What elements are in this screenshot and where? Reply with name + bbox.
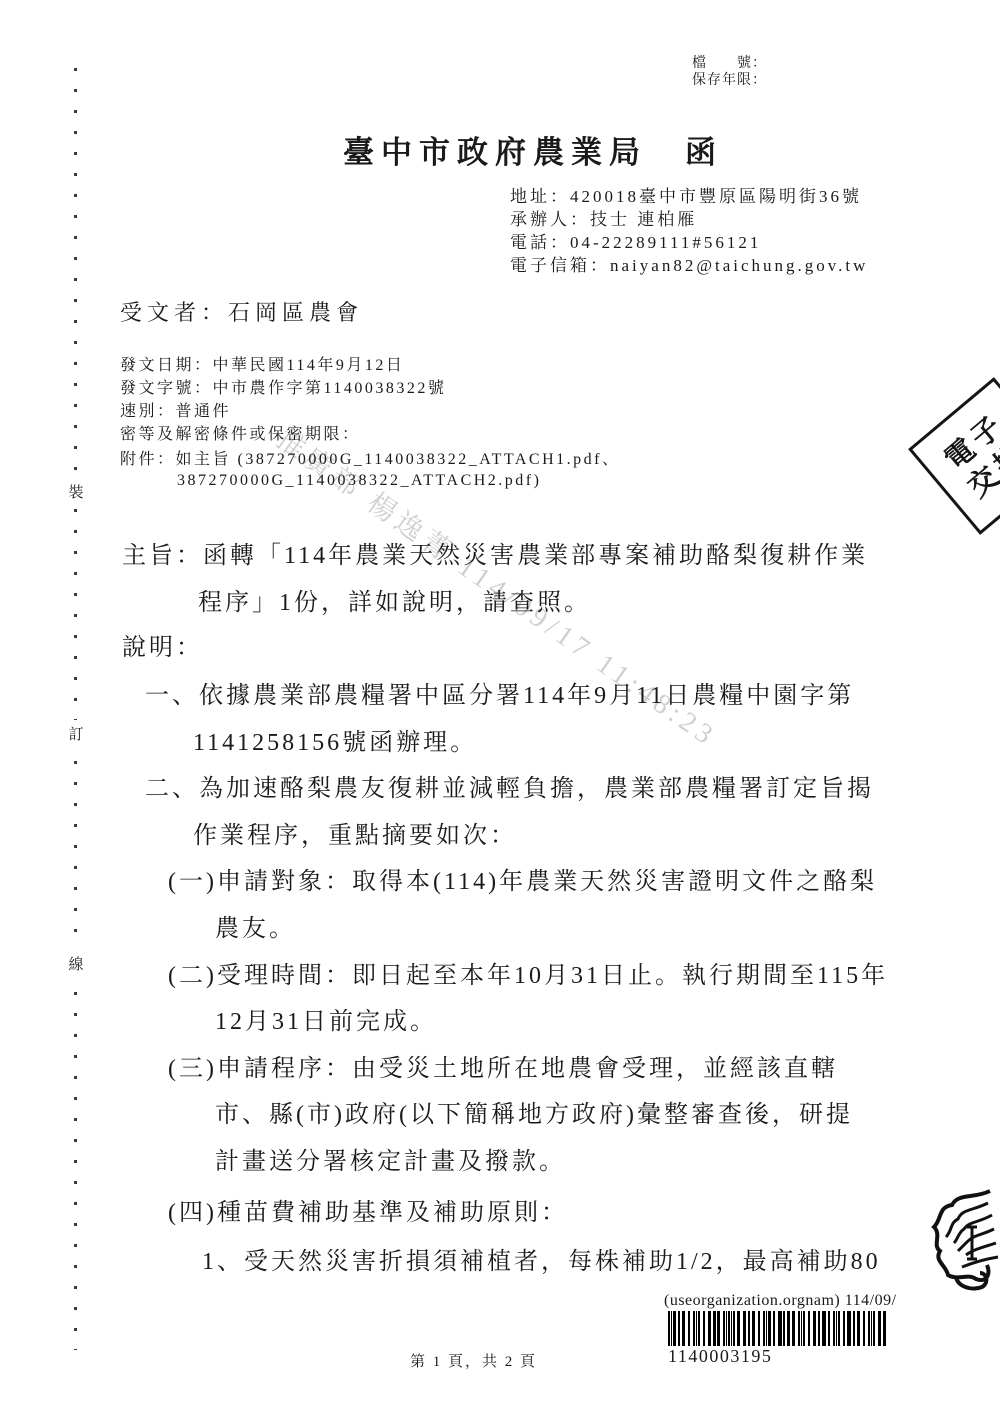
- retention-period-label: 保存年限：: [692, 72, 767, 89]
- body-line-sub2b: 12月31日前完成。: [215, 1001, 437, 1036]
- body-line-item2a: 二、為加速酪梨農友復耕並減輕負擔，農業部農糧署訂定旨揭: [145, 768, 874, 803]
- partial-seal-graphic: [928, 1185, 1000, 1297]
- body-line-item2b: 作業程序，重點摘要如次：: [193, 815, 517, 850]
- binding-dotted-line: [74, 68, 77, 1350]
- binding-char-xian: 線: [66, 950, 86, 977]
- issue-date-line: 發文日期：中華民國114年9月12日: [120, 352, 404, 375]
- file-number-label: 檔 號：: [692, 55, 767, 72]
- barcode-number: 1140003195: [668, 1346, 772, 1367]
- body-line-sub2a: (二)受理時間：即日起至本年10月31日止。執行期間至115年: [168, 955, 888, 990]
- body-line-sub4: (四)種苗費補助基準及補助原則：: [168, 1192, 568, 1227]
- barcode: [668, 1311, 886, 1346]
- contact-email: 電子信箱：naiyan82@taichung.gov.tw: [510, 251, 868, 276]
- official-letter-page: 推廣部 楊逸菁 114/09/17 11:48:23 檔 號： 保存年限： 臺中…: [0, 0, 1000, 1415]
- footer-organization-line: (useorganization.orgnam) 114/09/: [664, 1292, 897, 1310]
- body-line-sub3a: (三)申請程序：由受災土地所在地農會受理，並經該直轄: [168, 1048, 838, 1083]
- security-class-line: 密等及解密條件或保密期限：: [120, 421, 361, 444]
- body-line-subject-2: 程序」1份，詳如說明，請查照。: [198, 582, 591, 617]
- body-line-sub3b: 市、縣(市)政府(以下簡稱地方政府)彙整審查後，研提: [215, 1094, 853, 1129]
- body-line-point1: 1、受天然災害折損須補植者，每株補助1/2，最高補助80: [202, 1241, 881, 1276]
- document-title: 臺中市政府農業局 函: [343, 127, 723, 172]
- doc-number-line: 發文字號：中市農作字第1140038322號: [120, 375, 446, 398]
- body-line-sub3c: 計畫送分署核定計畫及撥款。: [215, 1141, 566, 1176]
- body-line-sub1b: 農友。: [215, 908, 296, 943]
- binding-char-ding: 訂: [66, 720, 86, 747]
- body-line-sub1a: (一)申請對象：取得本(114)年農業天然災害證明文件之酪梨: [168, 861, 877, 896]
- body-line-item1a: 一、依據農業部農糧署中區分署114年9月11日農糧中園字第: [145, 675, 854, 710]
- attachment-line-2: 387270000G_1140038322_ATTACH2.pdf): [177, 472, 541, 490]
- page-number: 第 1 頁，共 2 頁: [410, 1350, 537, 1371]
- binding-char-zhuang: 裝: [66, 478, 86, 505]
- contact-handler: 承辦人：技士 連柏雁: [510, 205, 697, 230]
- attachment-line-1: 附件：如主旨 (387270000G_1140038322_ATTACH1.pd…: [120, 446, 620, 469]
- contact-address: 地址：420018臺中市豐原區陽明街36號: [510, 182, 862, 207]
- recipient-line: 受文者：石岡區農會: [120, 296, 363, 327]
- body-line-item1b: 1141258156號函辦理。: [193, 722, 477, 757]
- contact-phone: 電話：04-22289111#56121: [510, 228, 761, 253]
- speed-class-line: 速別：普通件: [120, 398, 231, 421]
- body-line-explanation-header: 說明：: [122, 627, 203, 662]
- body-line-subject-1: 主旨：函轉「114年農業天然災害農業部專案補助酪梨復耕作業: [122, 535, 868, 570]
- electronic-exchange-stamp: 電子 交換: [908, 377, 1000, 535]
